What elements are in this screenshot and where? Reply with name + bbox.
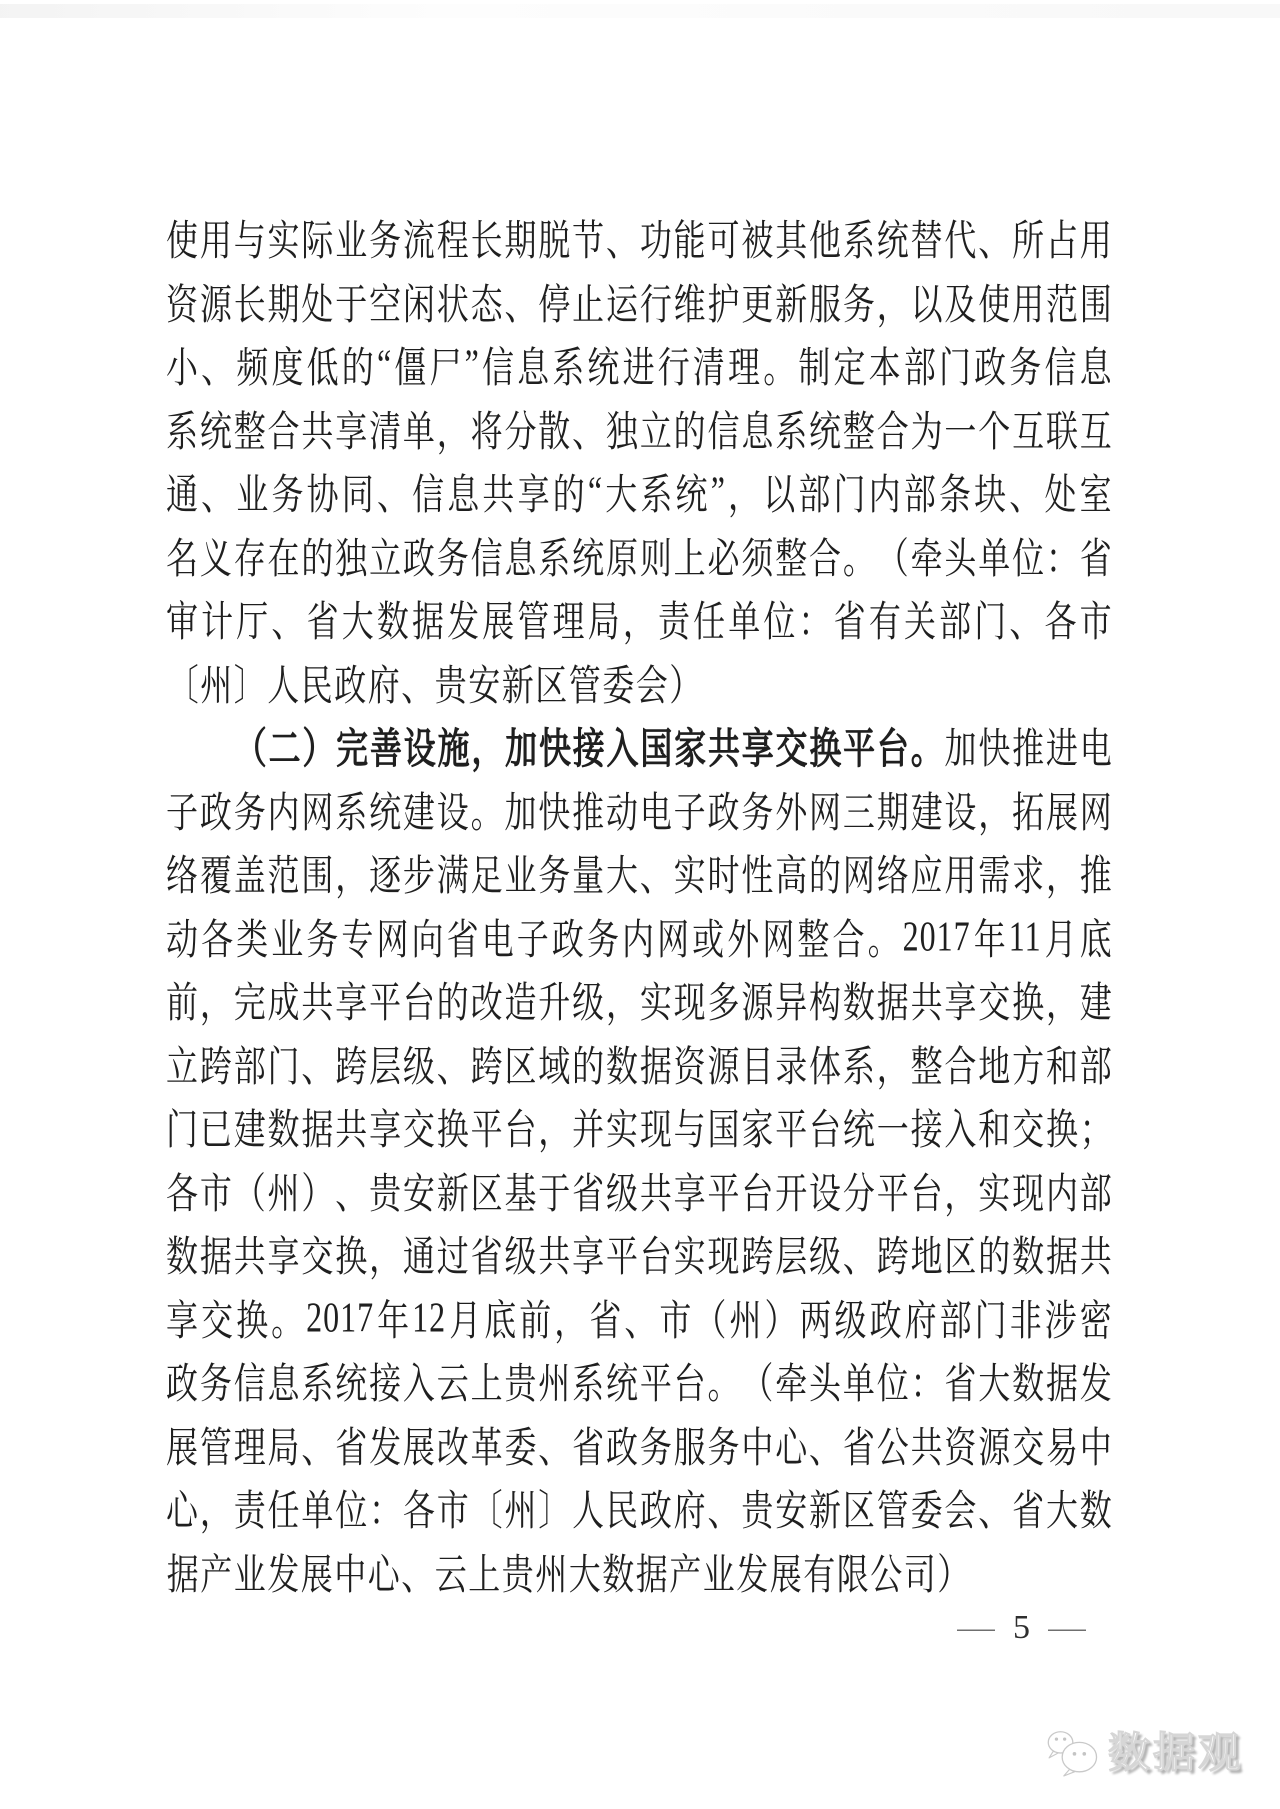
char: 贵 (501, 1541, 535, 1602)
char: 产 (200, 1541, 234, 1602)
text-line: 据产业发展中心、云上贵州大数据产业发展有限公司） (166, 1529, 1112, 1613)
char: 2017 (306, 1293, 374, 1342)
watermark-dataview: 数据观 (1045, 1729, 1243, 1777)
char: ” (465, 340, 479, 389)
char: 心 (367, 1541, 401, 1602)
char: 业 (702, 1541, 736, 1602)
paragraph-indent (166, 745, 233, 746)
char: 2017 (903, 912, 971, 961)
char: 、 (401, 1541, 435, 1602)
char: “ (588, 467, 602, 516)
char: 展 (300, 1541, 334, 1602)
char: 12 (412, 1293, 446, 1342)
char: ） (937, 1541, 971, 1602)
char: 数 (602, 1541, 636, 1602)
char: 据 (166, 1541, 200, 1602)
char: 中 (334, 1541, 368, 1602)
char: 发 (736, 1541, 770, 1602)
char: 发 (267, 1541, 301, 1602)
char: 大 (568, 1541, 602, 1602)
char: 州 (535, 1541, 569, 1602)
char: 业 (233, 1541, 267, 1602)
chat-bubbles-icon (1045, 1729, 1099, 1777)
scan-artifact (0, 4, 1280, 18)
watermark-text: 数据观 (1108, 1732, 1243, 1774)
char: 限 (836, 1541, 870, 1602)
char: ” (711, 467, 725, 516)
char: 上 (468, 1541, 502, 1602)
page-number-dash-right: — (1048, 1611, 1086, 1645)
char: 有 (803, 1541, 837, 1602)
page-number-dash-left: — (957, 1611, 995, 1645)
page-number-value: 5 (1013, 1609, 1030, 1647)
char: 司 (903, 1541, 937, 1602)
char: 产 (669, 1541, 703, 1602)
char: 展 (769, 1541, 803, 1602)
char: “ (377, 340, 391, 389)
page-number: — 5 — (961, 1608, 1082, 1648)
char: 公 (870, 1541, 904, 1602)
char: 云 (434, 1541, 468, 1602)
document-body: 使用与实际业务流程长期脱节、功能可被其他系统替代、所占用资源长期处于空闲状态、停… (166, 206, 1112, 1603)
document-page: 使用与实际业务流程长期脱节、功能可被其他系统替代、所占用资源长期处于空闲状态、停… (0, 0, 1280, 1809)
char: 11 (1009, 912, 1042, 961)
char: 据 (635, 1541, 669, 1602)
